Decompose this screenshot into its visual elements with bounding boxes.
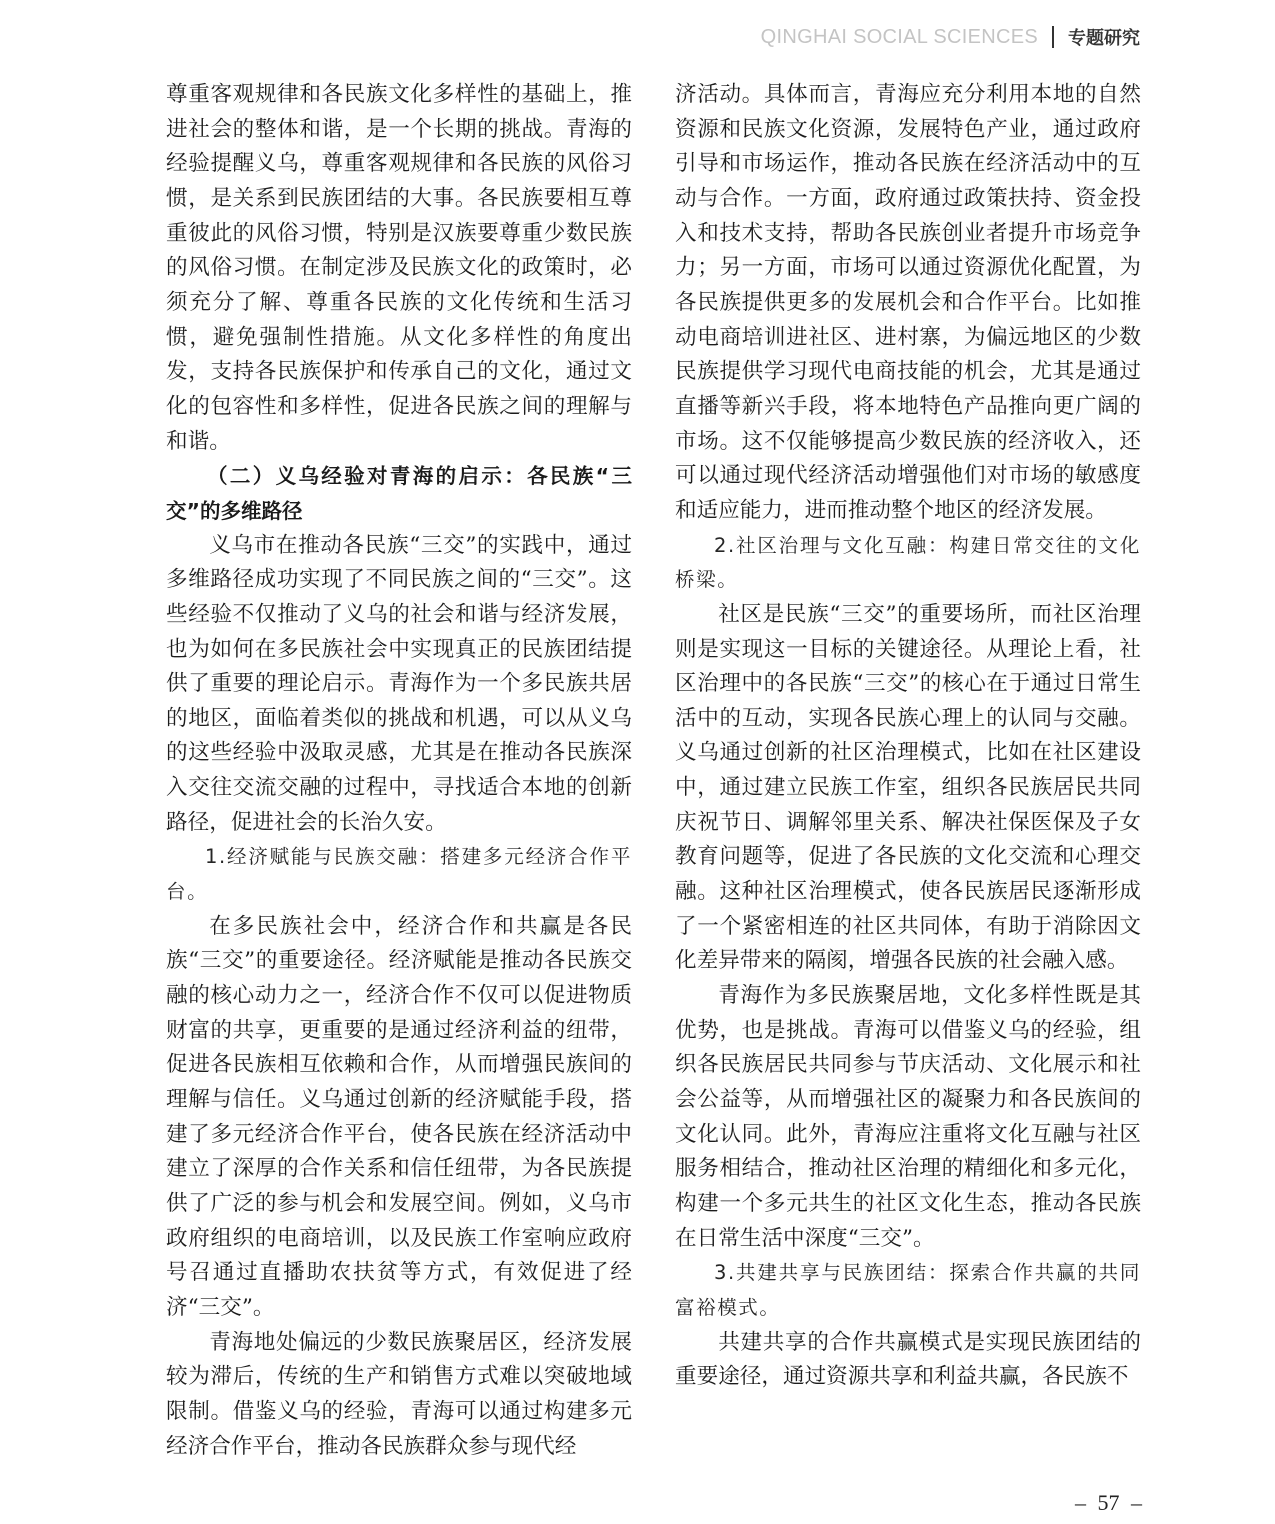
header-divider (1052, 26, 1054, 48)
paragraph-continued: 济活动。具体而言，青海应充分利用本地的自然资源和民族文化资源，发展特色产业，通过… (675, 78, 1141, 529)
paragraph: 社区是民族“三交”的重要场所，而社区治理则是实现这一目标的关键途径。从理论上看，… (675, 598, 1141, 979)
paragraph-continued: 尊重客观规律和各民族文化多样性的基础上，推进社会的整体和谐，是一个长期的挑战。青… (166, 78, 632, 459)
running-header: QINGHAI SOCIAL SCIENCES 专题研究 (761, 22, 1140, 52)
paragraph: 青海地处偏远的少数民族聚居区，经济发展较为滞后，传统的生产和销售方式难以突破地域… (166, 1326, 632, 1465)
section-name: 专题研究 (1068, 24, 1140, 50)
section-heading: （二）义乌经验对青海的启示：各民族“三交”的多维路径 (166, 459, 632, 528)
subsection-heading-2: 2.社区治理与文化互融：构建日常交往的文化桥梁。 (675, 529, 1141, 598)
paragraph: 青海作为多民族聚居地，文化多样性既是其优势，也是挑战。青海可以借鉴义乌的经验，组… (675, 979, 1141, 1256)
right-column: 济活动。具体而言，青海应充分利用本地的自然资源和民族文化资源，发展特色产业，通过… (675, 78, 1141, 1395)
page-number: – 57 – (1075, 1490, 1142, 1516)
paragraph: 义乌市在推动各民族“三交”的实践中，通过多维路径成功实现了不同民族之间的“三交”… (166, 529, 632, 841)
paragraph: 在多民族社会中，经济合作和共赢是各民族“三交”的重要途径。经济赋能是推动各民族交… (166, 910, 632, 1326)
left-column: 尊重客观规律和各民族文化多样性的基础上，推进社会的整体和谐，是一个长期的挑战。青… (166, 78, 632, 1464)
paragraph: 共建共享的合作共赢模式是实现民族团结的重要途径，通过资源共享和利益共赢，各民族不 (675, 1326, 1141, 1395)
subsection-heading-1: 1.经济赋能与民族交融：搭建多元经济合作平台。 (166, 840, 632, 909)
subsection-heading-3: 3.共建共享与民族团结：探索合作共赢的共同富裕模式。 (675, 1256, 1141, 1325)
journal-name: QINGHAI SOCIAL SCIENCES (761, 26, 1038, 49)
